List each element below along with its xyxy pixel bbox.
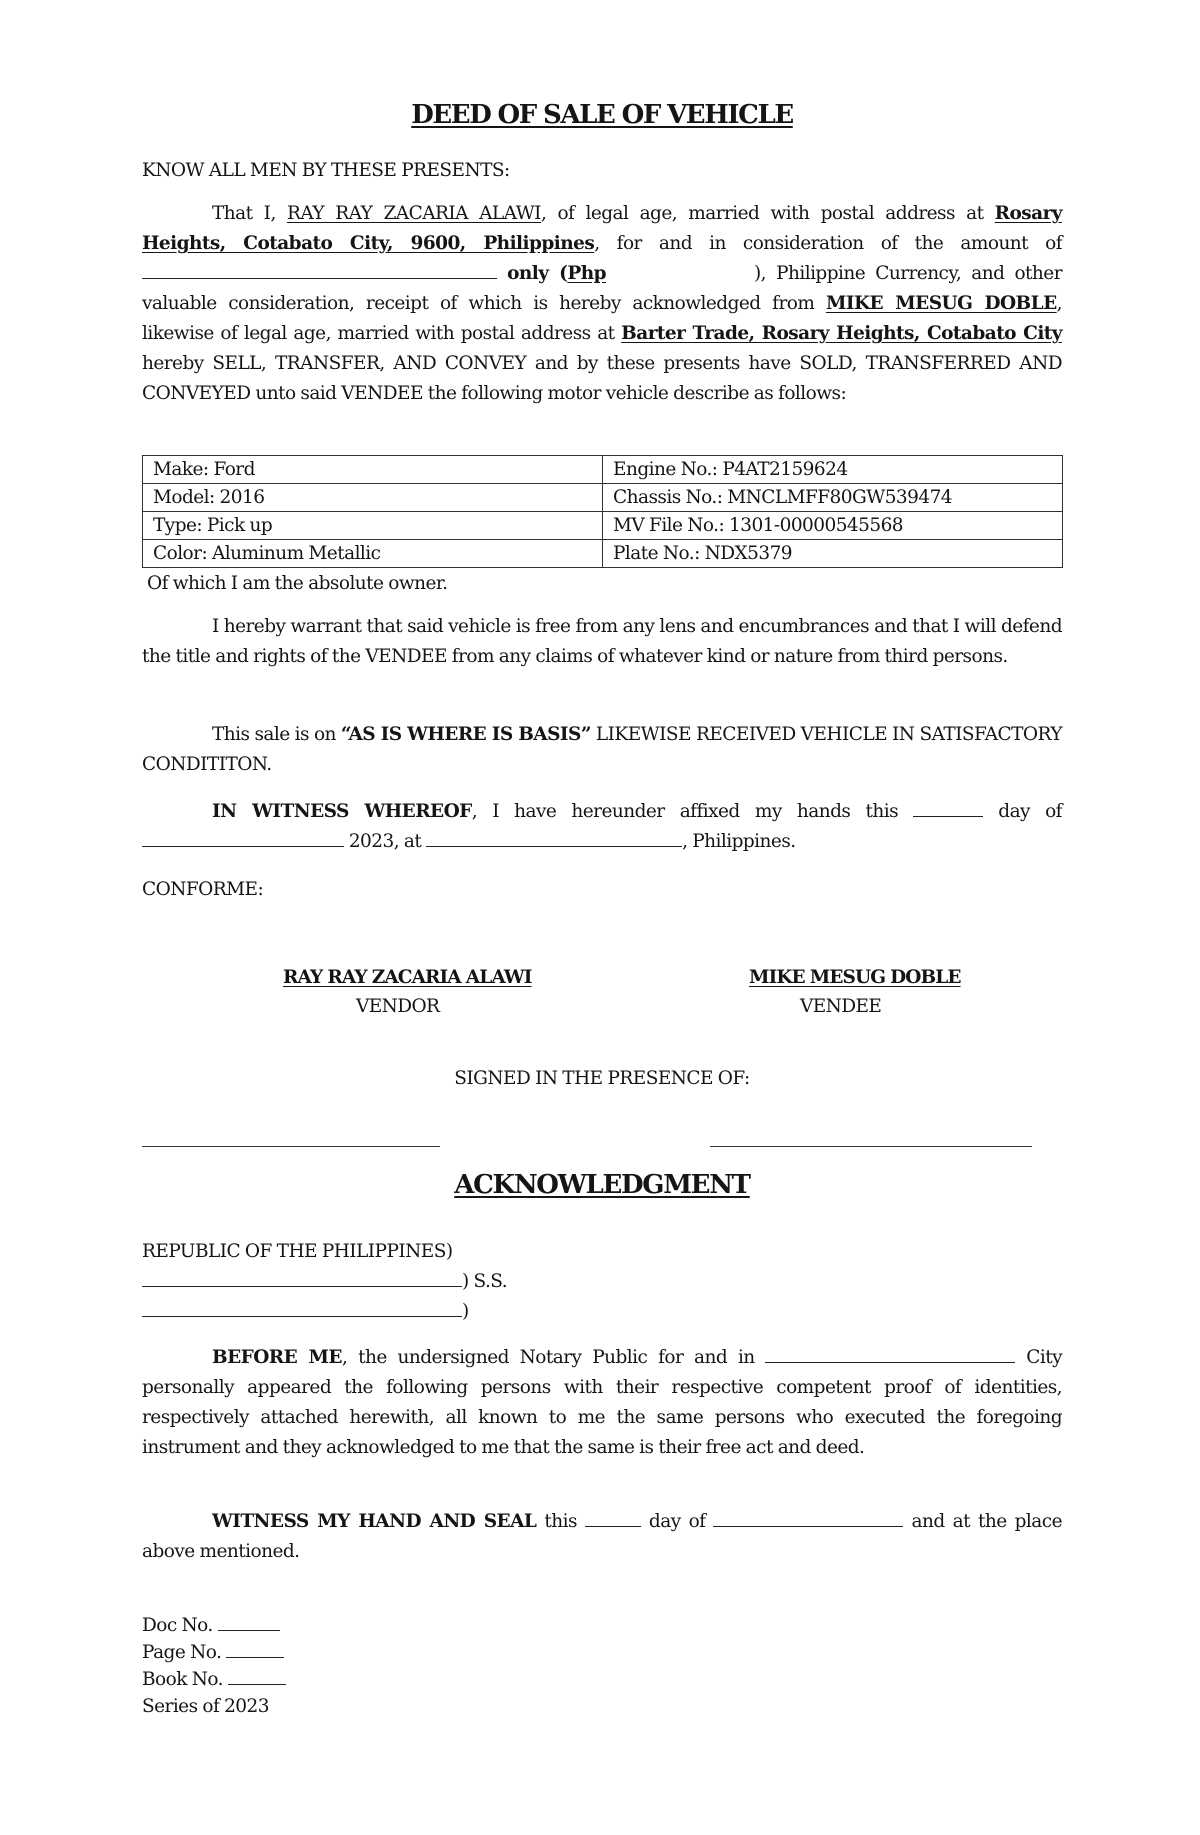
signed-presence-label: SIGNED IN THE PRESENCE OF: bbox=[142, 1064, 1062, 1094]
vendor-name: RAY RAY ZACARIA ALAWI bbox=[287, 203, 541, 224]
witness-signature-line-1[interactable] bbox=[142, 1146, 440, 1147]
conforme-label: CONFORME: bbox=[142, 875, 1062, 905]
vehicle-id-cell: Engine No.: P4AT2159624 bbox=[603, 456, 1063, 484]
venue-line-city: ) bbox=[142, 1297, 1062, 1327]
venue-city-blank[interactable] bbox=[142, 1298, 462, 1317]
notarial-register: Doc No. Page No. Book No. Series of 2023 bbox=[142, 1612, 1062, 1720]
acknowledgment-title: ACKNOWLEDGMENT bbox=[142, 1170, 1062, 1200]
vehicle-id-cell: Plate No.: NDX5379 bbox=[603, 540, 1063, 568]
vehicle-spec-cell: Make: Ford bbox=[143, 456, 603, 484]
ownership-line: Of which I am the absolute owner. bbox=[147, 569, 1067, 599]
venue-line-ss: ) S.S. bbox=[142, 1267, 1062, 1297]
vehicle-details-table: Make: FordEngine No.: P4AT2159624Model: … bbox=[142, 455, 1063, 568]
vehicle-spec-cell: Type: Pick up bbox=[143, 512, 603, 540]
before-me-paragraph: BEFORE ME, the undersigned Notary Public… bbox=[142, 1343, 1062, 1463]
doc-no-line: Doc No. bbox=[142, 1612, 1062, 1639]
warranty-paragraph: I hereby warrant that said vehicle is fr… bbox=[142, 612, 1062, 672]
intro-paragraph: That I, RAY RAY ZACARIA ALAWI, of legal … bbox=[142, 199, 1062, 409]
opening-line: KNOW ALL MEN BY THESE PRESENTS: bbox=[142, 156, 1062, 186]
doc-no-blank[interactable] bbox=[218, 1612, 280, 1631]
page-no-line: Page No. bbox=[142, 1639, 1062, 1666]
witness-paragraph: IN WITNESS WHEREOF, I have hereunder aff… bbox=[142, 797, 1062, 857]
vendee-name: MIKE MESUG DOBLE bbox=[826, 293, 1057, 314]
vehicle-id-cell: MV File No.: 1301-00000545568 bbox=[603, 512, 1063, 540]
vehicle-table-row: Model: 2016Chassis No.: MNCLMFF80GW53947… bbox=[143, 484, 1063, 512]
vehicle-spec-cell: Color: Aluminum Metallic bbox=[143, 540, 603, 568]
php-label: Php bbox=[567, 263, 754, 284]
witness-day-blank[interactable] bbox=[913, 798, 983, 817]
notary-city-blank[interactable] bbox=[765, 1344, 1015, 1363]
vendor-signature-name: RAY RAY ZACARIA ALAWI bbox=[283, 963, 532, 993]
vendee-signature-name: MIKE MESUG DOBLE bbox=[749, 963, 961, 993]
book-no-line: Book No. bbox=[142, 1666, 1062, 1693]
witness-place-blank[interactable] bbox=[426, 828, 682, 847]
as-is-paragraph: This sale is on “AS IS WHERE IS BASIS” L… bbox=[142, 720, 1062, 780]
page-no-blank[interactable] bbox=[226, 1639, 284, 1658]
vehicle-table-row: Make: FordEngine No.: P4AT2159624 bbox=[143, 456, 1063, 484]
vehicle-id-cell: Chassis No.: MNCLMFF80GW539474 bbox=[603, 484, 1063, 512]
witness-month-blank[interactable] bbox=[142, 828, 344, 847]
seal-month-blank[interactable] bbox=[713, 1508, 903, 1527]
amount-words-blank[interactable] bbox=[142, 260, 497, 279]
seal-paragraph: WITNESS MY HAND AND SEAL this day of and… bbox=[142, 1507, 1062, 1567]
vendee-role-label: VENDEE bbox=[800, 992, 881, 1022]
vehicle-table-row: Color: Aluminum MetallicPlate No.: NDX53… bbox=[143, 540, 1063, 568]
venue-block: REPUBLIC OF THE PHILIPPINES) ) S.S. ) bbox=[142, 1237, 1062, 1327]
seal-day-blank[interactable] bbox=[585, 1508, 641, 1527]
vehicle-spec-cell: Model: 2016 bbox=[143, 484, 603, 512]
venue-province-blank[interactable] bbox=[142, 1268, 462, 1287]
vendor-role-label: VENDOR bbox=[356, 992, 439, 1022]
witness-signature-line-2[interactable] bbox=[710, 1146, 1032, 1147]
vehicle-table-row: Type: Pick upMV File No.: 1301-000005455… bbox=[143, 512, 1063, 540]
venue-line-republic: REPUBLIC OF THE PHILIPPINES) bbox=[142, 1237, 1062, 1267]
vendee-address: Barter Trade, Rosary Heights, Cotabato C… bbox=[621, 323, 1062, 344]
document-title: DEED OF SALE OF VEHICLE bbox=[142, 100, 1062, 130]
book-no-blank[interactable] bbox=[228, 1666, 286, 1685]
series-line: Series of 2023 bbox=[142, 1693, 1062, 1720]
